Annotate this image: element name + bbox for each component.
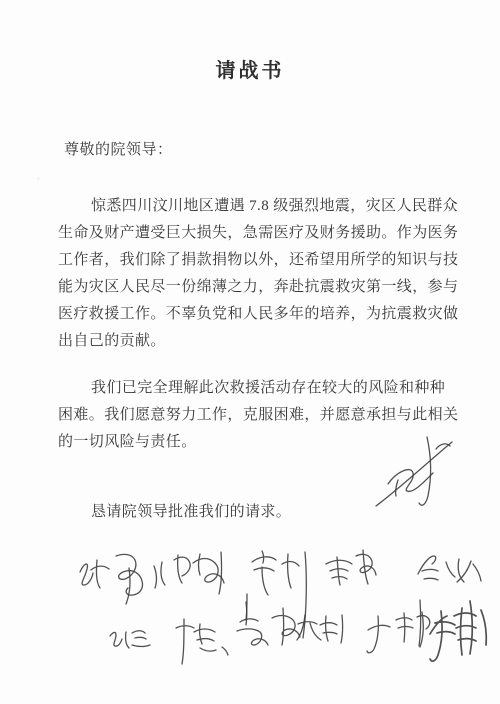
- handwritten-signature-row2-5: [367, 600, 430, 653]
- body-line: 困难。我们愿意努力工作，克服困难，并愿意承担与此相关: [58, 402, 446, 429]
- body-line: 医疗救援工作。不辜负党和人民多年的培养，为抗震救灾做: [58, 301, 446, 328]
- handwritten-signature-row1-3: [252, 551, 306, 638]
- paragraph-1: 惊悉四川汶川地区遭遇 7.8 级强烈地震，灾区人民群众 生命及财产遭受巨大损失，…: [58, 193, 446, 355]
- scan-speck: [36, 176, 41, 181]
- handwritten-signature-row1-4: [326, 550, 376, 585]
- document-title: 请战书: [0, 57, 500, 85]
- salutation: 尊敬的院领导：: [64, 136, 173, 164]
- handwritten-signature-row2-1: [110, 631, 150, 648]
- handwritten-signature-row1-1: [80, 554, 143, 604]
- handwritten-signature-row2-2: [176, 619, 228, 664]
- handwritten-signature: [376, 437, 452, 506]
- handwritten-signature-row2-3: [237, 594, 300, 645]
- body-line: 我们已完全理解此次救援活动存在较大的风险和种种: [58, 375, 446, 402]
- scanned-letter-page: 请战书 尊敬的院领导： 惊悉四川汶川地区遭遇 7.8 级强烈地震，灾区人民群众 …: [0, 0, 500, 704]
- body-line: 能为灾区人民尽一份绵薄之力，奔赴抗震救灾第一线，参与: [58, 274, 446, 301]
- handwritten-signature-row2-6: [430, 601, 486, 661]
- handwritten-signature-row1-2: [154, 552, 224, 594]
- body-line: 惊悉四川汶川地区遭遇 7.8 级强烈地震，灾区人民群众: [58, 193, 446, 220]
- signature-block: [50, 538, 495, 678]
- body-line: 生命及财产遭受巨大损失，急需医疗及财务援助。作为医务: [58, 220, 446, 247]
- body-line: 出自己的贡献。: [58, 328, 446, 355]
- body-line: 工作者，我们除了捐款捐物以外，还希望用所学的知识与技: [58, 247, 446, 274]
- handwritten-signature-row1-5: [418, 556, 481, 582]
- handwritten-signature-inline: [370, 430, 460, 512]
